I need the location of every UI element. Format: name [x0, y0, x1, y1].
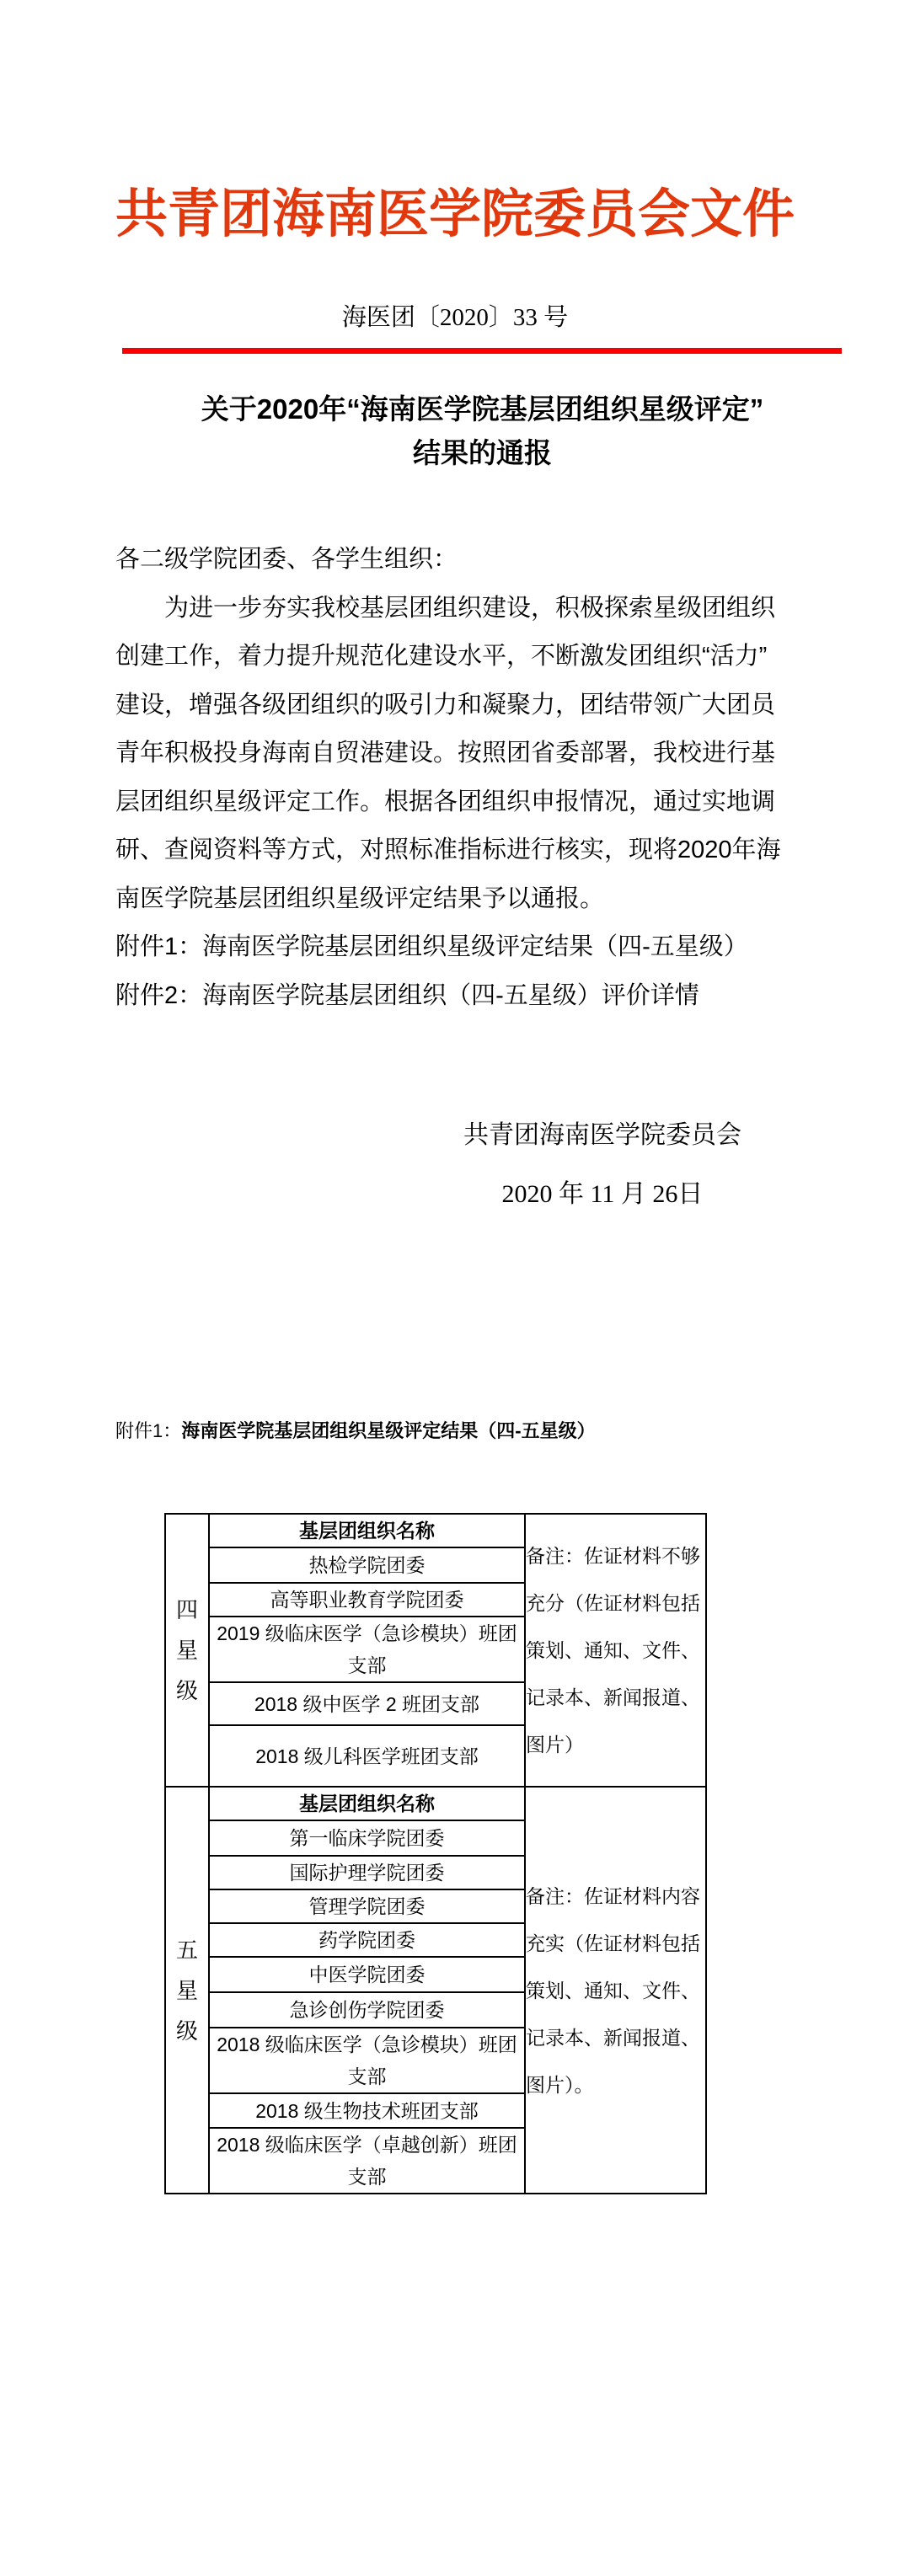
appendix-heading-text: 海南医学院基层团组织星级评定结果（四-五星级）	[181, 1420, 595, 1441]
organization-name-cell: 2019 级临床医学（急诊模块）班团 支部	[209, 1617, 525, 1682]
column-header-cell: 基层团组织名称	[209, 1514, 525, 1547]
body-paragraph-line: 为进一步夯实我校基层团组织建设，积极探索星级团组织	[115, 585, 781, 633]
column-header-cell: 基层团组织名称	[209, 1787, 525, 1820]
organization-name-cell: 国际护理学院团委	[209, 1856, 525, 1889]
organization-name-cell: 第一临床学院团委	[209, 1820, 525, 1856]
note-cell: 备注：佐证材料不够充分（佐证材料包括策划、通知、文件、记录本、新闻报道、图片）	[525, 1514, 706, 1787]
organization-name-cell: 2018 级临床医学（急诊模块）班团 支部	[209, 2028, 525, 2093]
red-divider-line	[122, 348, 842, 354]
star-level-char: 五	[166, 1930, 208, 1970]
organization-name-cell: 2018 级生物技术班团支部	[209, 2093, 525, 2128]
star-rating-table-body: 四星级基层团组织名称备注：佐证材料不够充分（佐证材料包括策划、通知、文件、记录本…	[165, 1514, 706, 2194]
organization-name-cell: 药学院团委	[209, 1923, 525, 1957]
signature-date: 2020 年 11 月 26日	[463, 1176, 741, 1213]
organization-name-cell: 中医学院团委	[209, 1957, 525, 1992]
attachment-2-line: 附件2：海南医学院基层团组织（四-五星级）评价详情	[115, 972, 781, 1021]
body-paragraph-line: 南医学院基层团组织星级评定结果予以通报。	[115, 875, 781, 924]
star-rating-table: 四星级基层团组织名称备注：佐证材料不够充分（佐证材料包括策划、通知、文件、记录本…	[164, 1513, 707, 2194]
star-level-char: 星	[166, 1970, 208, 2011]
star-level-cell: 四星级	[165, 1514, 209, 1787]
organization-name-cell: 急诊创伤学院团委	[209, 1992, 525, 2028]
document-title: 关于2020年“海南医学院基层团组织星级评定” 结果的通报	[122, 387, 843, 475]
body-paragraph: 为进一步夯实我校基层团组织建设，积极探索星级团组织创建工作，着力提升规范化建设水…	[115, 585, 781, 924]
note-cell: 备注：佐证材料内容充实（佐证材料包括策划、通知、文件、记录本、新闻报道、图片）。	[525, 1787, 706, 2194]
star-level-char: 级	[166, 2011, 208, 2051]
table-header-row: 四星级基层团组织名称备注：佐证材料不够充分（佐证材料包括策划、通知、文件、记录本…	[165, 1514, 706, 1547]
body-paragraph-line: 创建工作，着力提升规范化建设水平，不断激发团组织“活力”	[115, 633, 781, 681]
organization-name-cell: 热检学院团委	[209, 1547, 525, 1583]
body-paragraph-line: 青年积极投身海南自贸港建设。按照团省委部署，我校进行基	[115, 730, 781, 778]
star-level-char: 级	[166, 1670, 208, 1711]
attachment-1-line: 附件1：海南医学院基层团组织星级评定结果（四-五星级）	[115, 923, 781, 972]
document-header-title: 共青团海南医学院委员会文件	[0, 173, 910, 257]
document-number: 海医团〔2020〕33 号	[0, 299, 910, 336]
star-level-char: 四	[166, 1590, 208, 1630]
signature-block: 共青团海南医学院委员会 2020 年 11 月 26日	[463, 1117, 741, 1213]
organization-name-cell: 2018 级儿科医学班团支部	[209, 1725, 525, 1787]
appendix-heading: 附件1：海南医学院基层团组织星级评定结果（四-五星级）	[115, 1419, 874, 1444]
organization-name-cell: 管理学院团委	[209, 1889, 525, 1923]
organization-name-cell: 高等职业教育学院团委	[209, 1583, 525, 1617]
signature-organization: 共青团海南医学院委员会	[463, 1117, 741, 1154]
organization-name-cell: 2018 级临床医学（卓越创新）班团 支部	[209, 2128, 525, 2194]
document-page: 共青团海南医学院委员会文件 海医团〔2020〕33 号 关于2020年“海南医学…	[0, 0, 910, 2576]
table-header-row: 五星级基层团组织名称备注：佐证材料内容充实（佐证材料包括策划、通知、文件、记录本…	[165, 1787, 706, 1820]
body-paragraph-line: 研、查阅资料等方式，对照标准指标进行核实，现将2020年海	[115, 826, 781, 875]
document-title-line2: 结果的通报	[122, 431, 843, 475]
organization-name-cell: 2018 级中医学 2 班团支部	[209, 1682, 525, 1725]
star-level-char: 星	[166, 1630, 208, 1670]
appendix-label: 附件1：	[115, 1420, 181, 1441]
star-level-cell: 五星级	[165, 1787, 209, 2194]
salutation: 各二级学院团委、各学生组织：	[115, 536, 781, 585]
body-paragraph-line: 建设，增强各级团组织的吸引力和凝聚力，团结带领广大团员	[115, 681, 781, 730]
body-paragraph-line: 层团组织星级评定工作。根据各团组织申报情况，通过实地调	[115, 778, 781, 827]
document-title-line1: 关于2020年“海南医学院基层团组织星级评定”	[122, 387, 843, 431]
document-body: 各二级学院团委、各学生组织： 为进一步夯实我校基层团组织建设，积极探索星级团组织…	[115, 536, 781, 1020]
